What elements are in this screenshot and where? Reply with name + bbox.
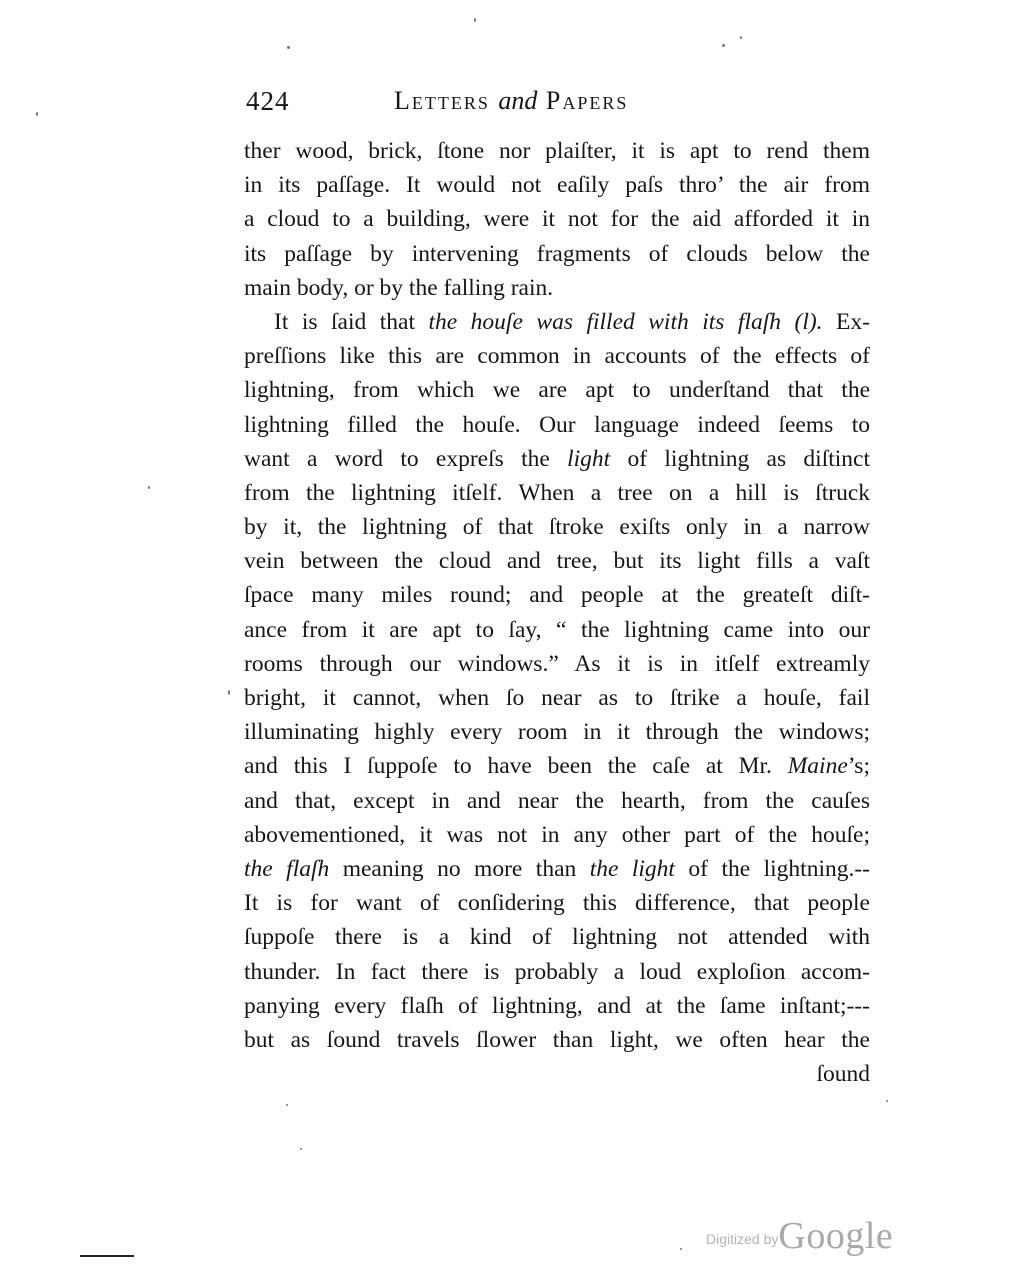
text-line: It is for want of conſidering this diffe…: [244, 886, 870, 920]
page-number: 424: [246, 86, 290, 117]
italic-phrase: the flaſh: [244, 856, 329, 882]
running-title: Letters and Papers: [394, 86, 628, 116]
text-line: its paſſage by intervening fragments of …: [244, 237, 870, 271]
text-line: thunder. In fact there is probably a lou…: [244, 955, 870, 989]
scan-speck: [680, 1248, 682, 1250]
scan-speck: [287, 46, 290, 49]
italic-quote: the houſe was filled with its flaſh (l).: [428, 309, 822, 335]
scan-speck: [886, 1100, 888, 1102]
text-line: abovementioned, it was not in any other …: [244, 818, 870, 852]
italic-name: Maine: [788, 753, 848, 779]
text-run: Ex-: [823, 309, 870, 335]
italic-phrase: the light: [590, 856, 675, 882]
text-line: panying every flaſh of lightning, and at…: [244, 989, 870, 1023]
text-run: It is ſaid that: [274, 309, 428, 335]
body-text: ther wood, brick, ſtone nor plaiſter, it…: [244, 134, 870, 1091]
scan-speck: [474, 18, 476, 22]
running-head: 424 Letters and Papers: [246, 84, 876, 124]
text-run: of lightning as diſtinct: [610, 446, 870, 472]
scan-speck: [722, 44, 725, 47]
text-line: in its paſſage. It would not eaſily paſs…: [244, 168, 870, 202]
text-line: bright, it cannot, when ſo near as to ſt…: [244, 681, 870, 715]
text-run: ’s;: [848, 753, 870, 779]
text-line: by it, the lightning of that ſtroke exiſ…: [244, 510, 870, 544]
text-line: rooms through our windows.” As it is in …: [244, 647, 870, 681]
text-line: from the lightning itſelf. When a tree o…: [244, 476, 870, 510]
text-line: preſſions like this are common in accoun…: [244, 339, 870, 373]
running-title-letters: Letters: [394, 86, 490, 115]
text-line: lightning, from which we are apt to unde…: [244, 373, 870, 407]
catchword: ſound: [244, 1057, 870, 1091]
text-run: of the lightning.--: [675, 856, 870, 882]
google-watermark: Digitized byGoogle: [706, 1214, 893, 1258]
text-run: and this I ſuppoſe to have been the caſe…: [244, 753, 788, 779]
text-line: main body, or by the falling rain.: [244, 271, 870, 305]
text-line: It is ſaid that the houſe was filled wit…: [244, 305, 870, 339]
text-line: illuminating highly every room in it thr…: [244, 715, 870, 749]
text-line: lightning filled the houſe. Our language…: [244, 408, 870, 442]
scan-speck: [148, 486, 150, 489]
scan-speck: [286, 1104, 288, 1106]
text-line: the flaſh meaning no more than the light…: [244, 852, 870, 886]
book-page: 424 Letters and Papers ther wood, brick,…: [0, 0, 1014, 1282]
running-title-papers: Papers: [546, 86, 628, 115]
text-line: and this I ſuppoſe to have been the caſe…: [244, 749, 870, 783]
text-line: want a word to expreſs the light of ligh…: [244, 442, 870, 476]
scan-speck: [36, 112, 38, 116]
running-title-and: and: [498, 86, 537, 115]
text-line: ſuppoſe there is a kind of lightning not…: [244, 920, 870, 954]
text-line: and that, except in and near the hearth,…: [244, 784, 870, 818]
italic-word: light: [567, 446, 610, 472]
digitized-by-label: Digitized by: [706, 1231, 778, 1247]
scan-speck: [228, 690, 230, 695]
text-run: want a word to expreſs the: [244, 446, 567, 472]
text-line: ſpace many miles round; and people at th…: [244, 578, 870, 612]
text-line: vein between the cloud and tree, but its…: [244, 544, 870, 578]
text-line: but as ſound travels ſlower than light, …: [244, 1023, 870, 1057]
google-logo: Google: [778, 1215, 893, 1257]
text-line: ther wood, brick, ſtone nor plaiſter, it…: [244, 134, 870, 168]
text-line: ance from it are apt to ſay, “ the light…: [244, 613, 870, 647]
scan-speck: [300, 1148, 302, 1150]
scan-speck: [740, 36, 742, 39]
text-line: a cloud to a building, were it not for t…: [244, 202, 870, 236]
text-run: meaning no more than: [329, 856, 589, 882]
scan-edge-mark: [80, 1255, 134, 1257]
